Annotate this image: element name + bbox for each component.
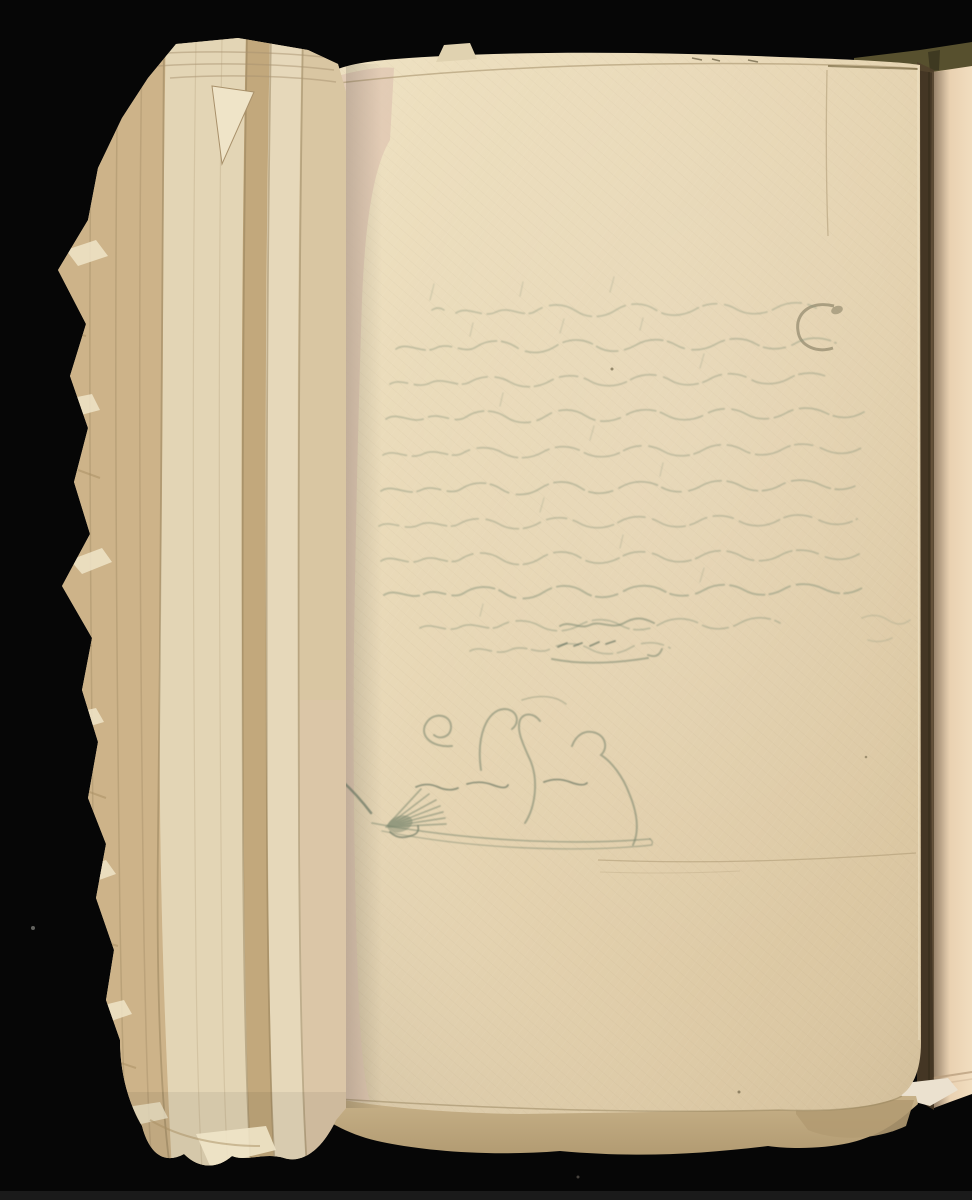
- dust-speck: [577, 1176, 580, 1179]
- book-photograph: [0, 0, 972, 1200]
- stack-cast-shadow: [346, 64, 382, 1108]
- binding-notch: [928, 50, 940, 71]
- dust-speck: [31, 926, 35, 930]
- stack-band-light: [160, 30, 252, 1170]
- bottom-table-strip: [0, 1191, 972, 1200]
- fox-speck: [865, 756, 868, 759]
- fox-speck: [611, 368, 614, 371]
- archival-book-scan: [0, 0, 972, 1200]
- facing-page: [931, 66, 972, 1108]
- facing-page-gutter-shadow: [932, 70, 950, 1108]
- page-edge-highlight: [918, 66, 919, 1040]
- page-lighting: [322, 53, 921, 1114]
- main-page: [322, 43, 921, 1114]
- fox-speck: [738, 1091, 741, 1094]
